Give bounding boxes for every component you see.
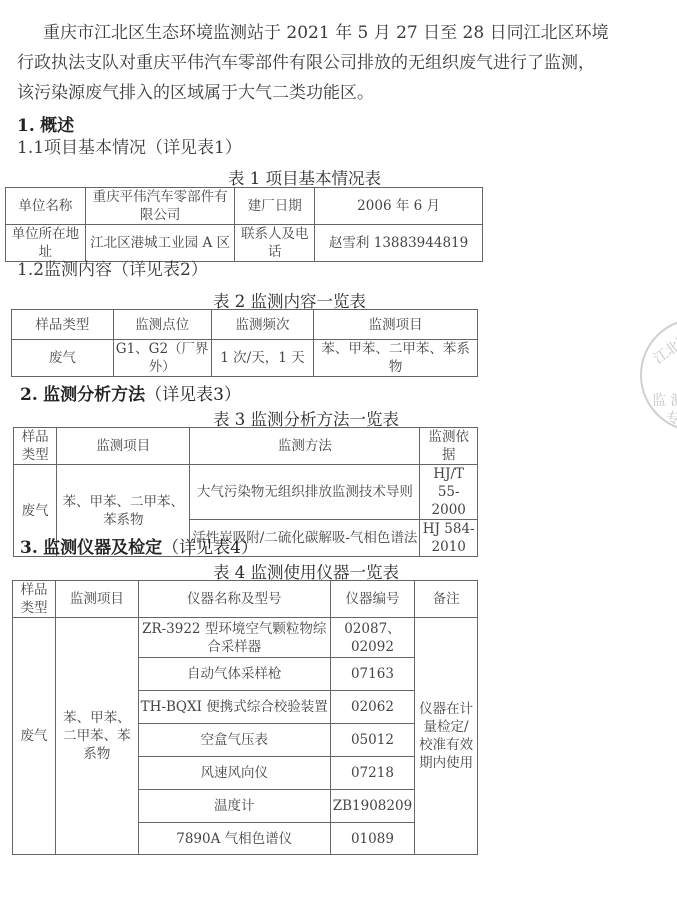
table-header-row: 样品类型 监测点位 监测频次 监测项目 bbox=[12, 310, 478, 340]
section-2-title: 监测分析方法 bbox=[43, 385, 145, 405]
seal-text-bottom: 专 bbox=[666, 408, 677, 428]
header-monitoring-items: 监测项目 bbox=[56, 581, 139, 618]
header-instrument-id: 仪器编号 bbox=[330, 581, 414, 618]
section-1-number: 1. bbox=[17, 116, 35, 136]
table-header-row: 样品类型 监测项目 仪器名称及型号 仪器编号 备注 bbox=[13, 581, 478, 618]
cell-instrument-name: TH-BQXI 便携式综合校验装置 bbox=[138, 691, 330, 724]
section-3-number: 3. bbox=[20, 538, 38, 558]
official-seal-stamp: 江北区生 监 测 专 bbox=[640, 318, 677, 432]
cell-build-date: 2006 年 6 月 bbox=[315, 188, 483, 225]
cell-method: 大气污染物无组织排放监测技术导则 bbox=[190, 465, 420, 520]
cell-instrument-id: 01089 bbox=[330, 823, 414, 855]
cell-basis: HJ/T 55-2000 bbox=[420, 465, 478, 520]
section-1-heading: 1. 概述 bbox=[17, 111, 74, 136]
table-row: 废气 G1、G2（厂界外） 1 次/天，1 天 苯、甲苯、二甲苯、苯系物 bbox=[12, 340, 478, 377]
cell-instrument-name: 7890A 气相色谱仪 bbox=[138, 823, 330, 855]
cell-label-build-date: 建厂日期 bbox=[235, 188, 315, 225]
cell-instrument-id: 02062 bbox=[330, 691, 414, 724]
cell-instrument-id: 07163 bbox=[330, 658, 414, 691]
cell-remark: 仪器在计量检定/校准有效期内使用 bbox=[415, 618, 478, 855]
table-header-row: 样品类型 监测项目 监测方法 监测依据 bbox=[14, 428, 478, 465]
subsection-1-1: 1.1项目基本情况（详见表1） bbox=[17, 140, 242, 157]
section-3-ref: （详见表4） bbox=[162, 538, 258, 558]
intro-line-3: 该污染源废气排入的区域属于大气二类功能区。 bbox=[17, 85, 374, 102]
header-basis: 监测依据 bbox=[420, 428, 478, 465]
section-3-title: 监测仪器及检定 bbox=[43, 538, 162, 558]
cell-frequency: 1 次/天，1 天 bbox=[211, 340, 314, 377]
cell-instrument-name: 自动气体采样枪 bbox=[138, 658, 330, 691]
table-1-basic-info: 单位名称 重庆平伟汽车零部件有限公司 建厂日期 2006 年 6 月 单位所在地… bbox=[5, 187, 483, 262]
cell-monitoring-items: 苯、甲苯、二甲苯、苯系物 bbox=[56, 618, 139, 855]
cell-instrument-id: 05012 bbox=[330, 724, 414, 757]
header-sample-type: 样品类型 bbox=[14, 428, 57, 465]
cell-address: 江北区港城工业园 A 区 bbox=[85, 225, 235, 262]
table-row: 单位名称 重庆平伟汽车零部件有限公司 建厂日期 2006 年 6 月 bbox=[6, 188, 483, 225]
table-1-caption: 表 1 项目基本情况表 bbox=[228, 165, 381, 189]
header-instrument-name: 仪器名称及型号 bbox=[138, 581, 330, 618]
cell-label-address: 单位所在地址 bbox=[6, 225, 86, 262]
header-monitoring-items: 监测项目 bbox=[57, 428, 190, 465]
cell-label-contact: 联系人及电话 bbox=[235, 225, 315, 262]
subsection-1-2: 1.2监测内容（详见表2） bbox=[17, 262, 208, 279]
header-monitoring-point: 监测点位 bbox=[113, 310, 211, 340]
table-4-instruments: 样品类型 监测项目 仪器名称及型号 仪器编号 备注 废气 苯、甲苯、二甲苯、苯系… bbox=[12, 580, 478, 855]
cell-label-unit-name: 单位名称 bbox=[6, 188, 86, 225]
section-1-title: 概述 bbox=[40, 116, 74, 136]
table-row: 废气 苯、甲苯、二甲苯、苯系物 大气污染物无组织排放监测技术导则 HJ/T 55… bbox=[14, 465, 478, 520]
cell-contact: 赵雪利 13883944819 bbox=[315, 225, 483, 262]
section-2-ref: （详见表3） bbox=[145, 385, 241, 405]
table-row: 废气 苯、甲苯、二甲苯、苯系物 ZR-3922 型环境空气颗粒物综合采样器 02… bbox=[13, 618, 478, 658]
seal-text-top: 江北区生 bbox=[649, 320, 677, 369]
cell-instrument-id: ZB1908209 bbox=[330, 790, 414, 823]
cell-instrument-name: 温度计 bbox=[138, 790, 330, 823]
header-method: 监测方法 bbox=[190, 428, 420, 465]
header-sample-type: 样品类型 bbox=[12, 310, 114, 340]
cell-monitoring-items: 苯、甲苯、二甲苯、苯系物 bbox=[314, 340, 478, 377]
cell-instrument-id: 07218 bbox=[330, 757, 414, 790]
section-2-heading: 2. 监测分析方法（详见表3） bbox=[20, 380, 241, 405]
seal-text-middle: 监 测 bbox=[652, 390, 677, 410]
cell-unit-name: 重庆平伟汽车零部件有限公司 bbox=[85, 188, 235, 225]
cell-basis: HJ 584-2010 bbox=[420, 520, 478, 557]
header-remark: 备注 bbox=[415, 581, 478, 618]
header-monitoring-items: 监测项目 bbox=[314, 310, 478, 340]
table-2-monitoring-content: 样品类型 监测点位 监测频次 监测项目 废气 G1、G2（厂界外） 1 次/天，… bbox=[11, 309, 478, 377]
cell-sample-type: 废气 bbox=[13, 618, 56, 855]
cell-instrument-name: 风速风向仪 bbox=[138, 757, 330, 790]
header-frequency: 监测频次 bbox=[211, 310, 314, 340]
cell-monitoring-point: G1、G2（厂界外） bbox=[113, 340, 211, 377]
cell-instrument-name: ZR-3922 型环境空气颗粒物综合采样器 bbox=[138, 618, 330, 658]
table-row: 单位所在地址 江北区港城工业园 A 区 联系人及电话 赵雪利 138839448… bbox=[6, 225, 483, 262]
intro-line-2: 行政执法支队对重庆平伟汽车零部件有限公司排放的无组织废气进行了监测， bbox=[17, 55, 595, 72]
header-sample-type: 样品类型 bbox=[13, 581, 56, 618]
section-2-number: 2. bbox=[20, 385, 38, 405]
intro-line-1: 重庆市江北区生态环境监测站于 2021 年 5 月 27 日至 28 日同江北区… bbox=[43, 25, 609, 42]
cell-instrument-name: 空盒气压表 bbox=[138, 724, 330, 757]
cell-sample-type: 废气 bbox=[12, 340, 114, 377]
section-3-heading: 3. 监测仪器及检定（详见表4） bbox=[20, 533, 258, 558]
cell-instrument-id: 02087、02092 bbox=[330, 618, 414, 658]
